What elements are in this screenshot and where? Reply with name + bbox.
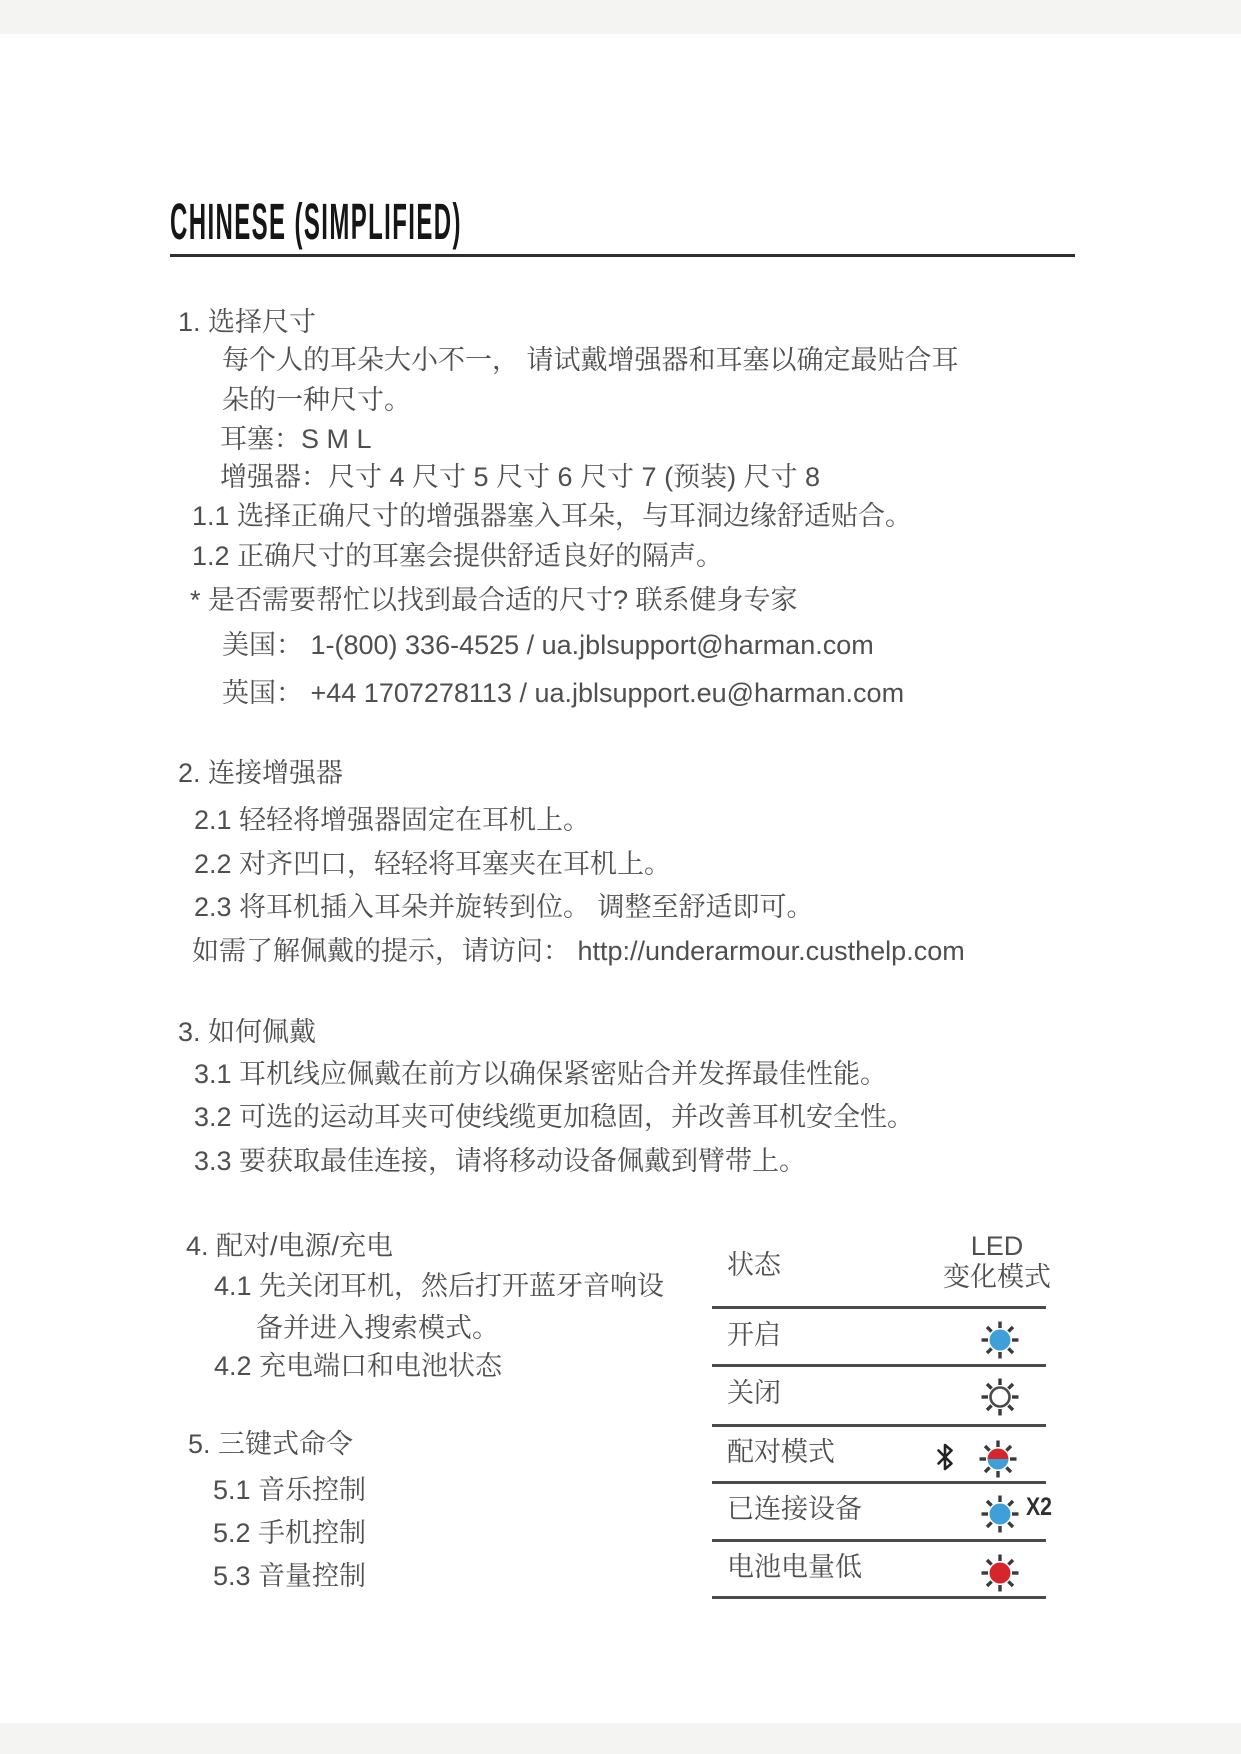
- page-title: CHINESE (SIMPLIFIED): [170, 192, 462, 251]
- led-on-icon: [980, 1320, 1020, 1360]
- table-header-led-pattern: LED 变化模式: [890, 1231, 1104, 1293]
- led-pairing-icon: [978, 1439, 1018, 1479]
- title-underline: [170, 254, 1075, 257]
- eartip-sizes-line: 耳塞：S M L: [220, 424, 372, 454]
- fit-expert-note: * 是否需要帮忙以找到最合适的尺寸? 联系健身专家: [190, 585, 798, 615]
- item-2-1: 2.1 轻轻将增强器固定在耳机上。: [194, 805, 590, 835]
- table-rule: [712, 1481, 1046, 1484]
- scan-top-margin: [0, 0, 1241, 34]
- table-row-label-on: 开启: [727, 1320, 781, 1350]
- table-rule: [712, 1596, 1046, 1599]
- table-rule: [712, 1306, 1046, 1309]
- section-1-paragraph-line-2: 朵的一种尺寸。: [222, 385, 411, 415]
- section-4-heading: 4. 配对/电源/充电: [186, 1231, 393, 1261]
- item-1-2: 1.2 正确尺寸的耳塞会提供舒适良好的隔声。: [192, 541, 723, 571]
- table-row-label-off: 关闭: [727, 1378, 781, 1408]
- table-row-label-connected: 已连接设备: [727, 1494, 862, 1524]
- table-rule: [712, 1424, 1046, 1427]
- item-5-2: 5.2 手机控制: [213, 1518, 366, 1548]
- led-header-line-2: 变化模式: [890, 1262, 1104, 1293]
- led-off-icon: [980, 1377, 1020, 1417]
- led-low-battery-icon: [980, 1553, 1020, 1593]
- table-rule: [712, 1364, 1046, 1367]
- led-connected-icon: [980, 1494, 1020, 1534]
- item-5-1: 5.1 音乐控制: [213, 1475, 366, 1505]
- item-2-3: 2.3 将耳机插入耳朵并旋转到位。 调整至舒适即可。: [194, 892, 814, 922]
- section-1-heading: 1. 选择尺寸: [178, 307, 316, 337]
- section-2-heading: 2. 连接增强器: [178, 758, 343, 788]
- led-header-line-1: LED: [890, 1231, 1104, 1262]
- section-5-heading: 5. 三键式命令: [188, 1429, 353, 1459]
- item-3-2: 3.2 可选的运动耳夹可使线缆更加稳固，并改善耳机安全性。: [194, 1102, 914, 1132]
- item-1-1: 1.1 选择正确尺寸的增强器塞入耳朵，与耳洞边缘舒适贴合。: [192, 501, 912, 531]
- enhancer-sizes-line: 增强器：尺寸 4 尺寸 5 尺寸 6 尺寸 7 (预装) 尺寸 8: [220, 462, 820, 492]
- document-page: CHINESE (SIMPLIFIED) 1. 选择尺寸 每个人的耳朵大小不一，…: [0, 0, 1241, 1754]
- wearing-tips-url-line: 如需了解佩戴的提示，请访问： http://underarmour.custhe…: [192, 936, 965, 966]
- item-3-3: 3.3 要获取最佳连接，请将移动设备佩戴到臂带上。: [194, 1146, 806, 1176]
- contact-us-line: 美国： 1-(800) 336-4525 / ua.jblsupport@har…: [222, 630, 874, 660]
- table-row-label-low-battery: 电池电量低: [727, 1552, 862, 1582]
- bluetooth-icon: [935, 1441, 955, 1473]
- item-5-3: 5.3 音量控制: [213, 1561, 366, 1591]
- table-row-label-pairing: 配对模式: [727, 1437, 835, 1467]
- item-4-1-line-1: 4.1 先关闭耳机，然后打开蓝牙音响设: [214, 1271, 664, 1301]
- scan-bottom-margin: [0, 1723, 1241, 1754]
- item-3-1: 3.1 耳机线应佩戴在前方以确保紧密贴合并发挥最佳性能。: [194, 1059, 887, 1089]
- blink-multiplier-label: X2: [1026, 1493, 1052, 1522]
- contact-uk-line: 英国： +44 1707278113 / ua.jblsupport.eu@ha…: [222, 678, 904, 708]
- table-header-status: 状态: [727, 1250, 781, 1280]
- item-4-2: 4.2 充电端口和电池状态: [214, 1351, 502, 1381]
- item-4-1-line-2: 备并进入搜索模式。: [256, 1313, 499, 1343]
- item-2-2: 2.2 对齐凹口，轻轻将耳塞夹在耳机上。: [194, 849, 671, 879]
- table-rule: [712, 1539, 1046, 1542]
- section-3-heading: 3. 如何佩戴: [178, 1017, 316, 1047]
- section-1-paragraph-line-1: 每个人的耳朵大小不一， 请试戴增强器和耳塞以确定最贴合耳: [222, 345, 959, 375]
